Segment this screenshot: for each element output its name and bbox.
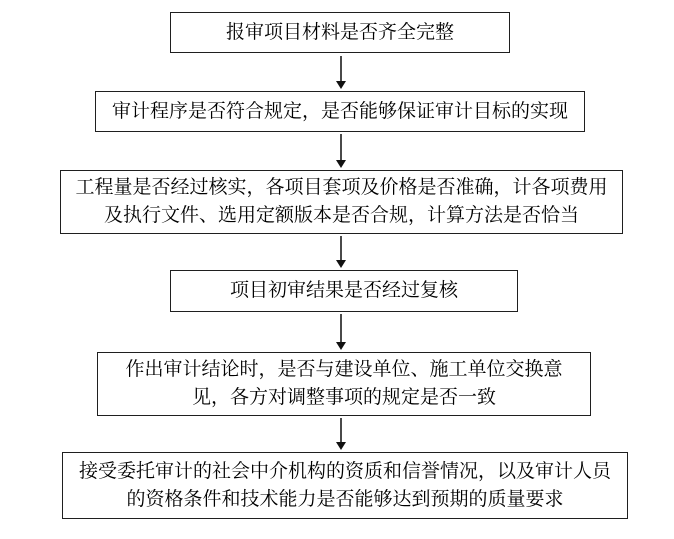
flow-node-audit-procedure: 审计程序是否符合规定，是否能够保证审计目标的实现: [95, 91, 585, 132]
flow-node-quantity-verification: 工程量是否经过核实，各项目套项及价格是否准确，计各项费用 及执行文件、选用定额版…: [60, 170, 623, 234]
flow-node-materials-complete: 报审项目材料是否齐全完整: [170, 12, 510, 53]
arrow-line: [340, 314, 342, 342]
arrow-head-icon: [336, 81, 346, 89]
arrow-line: [340, 134, 342, 160]
flow-node-audit-conclusion: 作出审计结论时，是否与建设单位、施工单位交换意 见，各方对调整事项的规定是否一致: [97, 352, 591, 416]
flow-node-preliminary-review: 项目初审结果是否经过复核: [170, 270, 518, 312]
arrow-head-icon: [336, 342, 346, 350]
flow-node-agency-qualification: 接受委托审计的社会中介机构的资质和信誉情况，以及审计人员 的资格条件和技术能力是…: [62, 452, 628, 519]
arrow-head-icon: [336, 260, 346, 268]
connector-arrow-down-2: [335, 134, 347, 168]
arrow-line: [340, 236, 342, 260]
arrow-line: [340, 418, 342, 442]
arrow-head-icon: [336, 160, 346, 168]
connector-arrow-down-5: [335, 418, 347, 450]
flowchart-canvas: 报审项目材料是否齐全完整 审计程序是否符合规定，是否能够保证审计目标的实现 工程…: [0, 0, 674, 539]
arrow-head-icon: [336, 442, 346, 450]
connector-arrow-down-1: [335, 56, 347, 89]
connector-arrow-down-4: [335, 314, 347, 350]
arrow-line: [340, 56, 342, 81]
connector-arrow-down-3: [335, 236, 347, 268]
